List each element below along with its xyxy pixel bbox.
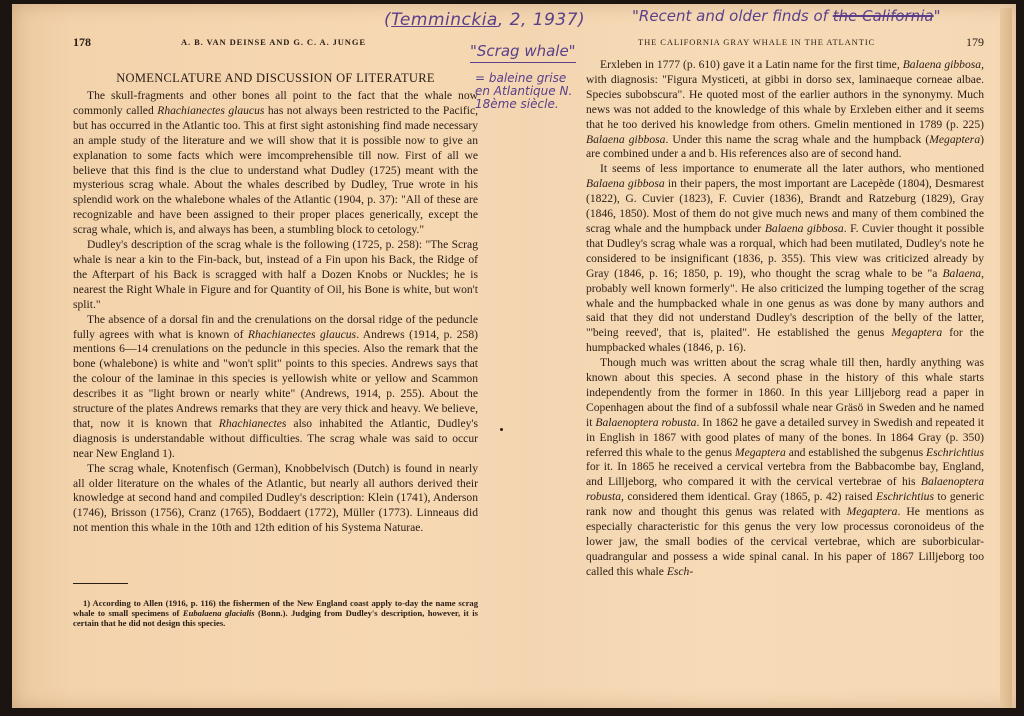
left-body-text: The skull-fragments and other bones all … <box>73 89 478 536</box>
handwritten-title-note: "Recent and older finds of the Californi… <box>632 7 941 25</box>
section-title: NOMENCLATURE AND DISCUSSION OF LITERATUR… <box>73 71 478 86</box>
paragraph: The scrag whale, Knotenfisch (German), K… <box>73 462 478 537</box>
citation-volume-year: , 2, 1937) <box>498 10 585 30</box>
book-spread: 178 A. B. VAN DEINSE AND G. C. A. JUNGE … <box>12 4 1016 708</box>
citation-journal: Temminckia <box>391 10 498 30</box>
handwritten-citation: (Temminckia, 2, 1937) <box>384 10 585 30</box>
footnote-rule <box>73 583 128 584</box>
paragraph: The absence of a dorsal fin and the cren… <box>73 313 478 462</box>
running-head-authors: A. B. VAN DEINSE AND G. C. A. JUNGE <box>181 37 366 47</box>
title-note-struck: the California <box>833 7 934 25</box>
paragraph: It seems of less importance to enumerate… <box>586 162 984 356</box>
title-note-text: "Recent and older finds of <box>632 7 833 25</box>
paragraph: Though much was written about the scrag … <box>586 356 984 580</box>
handwritten-margin-note: = baleine grise en Atlantique N. 18ème s… <box>475 72 575 111</box>
page-number-right: 179 <box>966 35 984 50</box>
handwritten-scrag-whale-label: "Scrag whale" <box>470 42 576 63</box>
paragraph: Dudley's description of the scrag whale … <box>73 238 478 313</box>
title-note-quote: " <box>934 7 941 25</box>
footnote-text: 1) According to Allen (1916, p. 116) the… <box>73 598 478 629</box>
footnote: 1) According to Allen (1916, p. 116) the… <box>73 598 478 629</box>
paragraph: The skull-fragments and other bones all … <box>73 89 478 238</box>
page-edge <box>1000 8 1012 708</box>
page-number-left: 178 <box>73 35 91 50</box>
paragraph: Erxleben in 1777 (p. 610) gave it a Lati… <box>586 58 984 162</box>
right-body-text: Erxleben in 1777 (p. 610) gave it a Lati… <box>586 58 984 580</box>
running-head-article-title: THE CALIFORNIA GRAY WHALE IN THE ATLANTI… <box>638 37 875 47</box>
gutter-mark <box>500 428 503 431</box>
